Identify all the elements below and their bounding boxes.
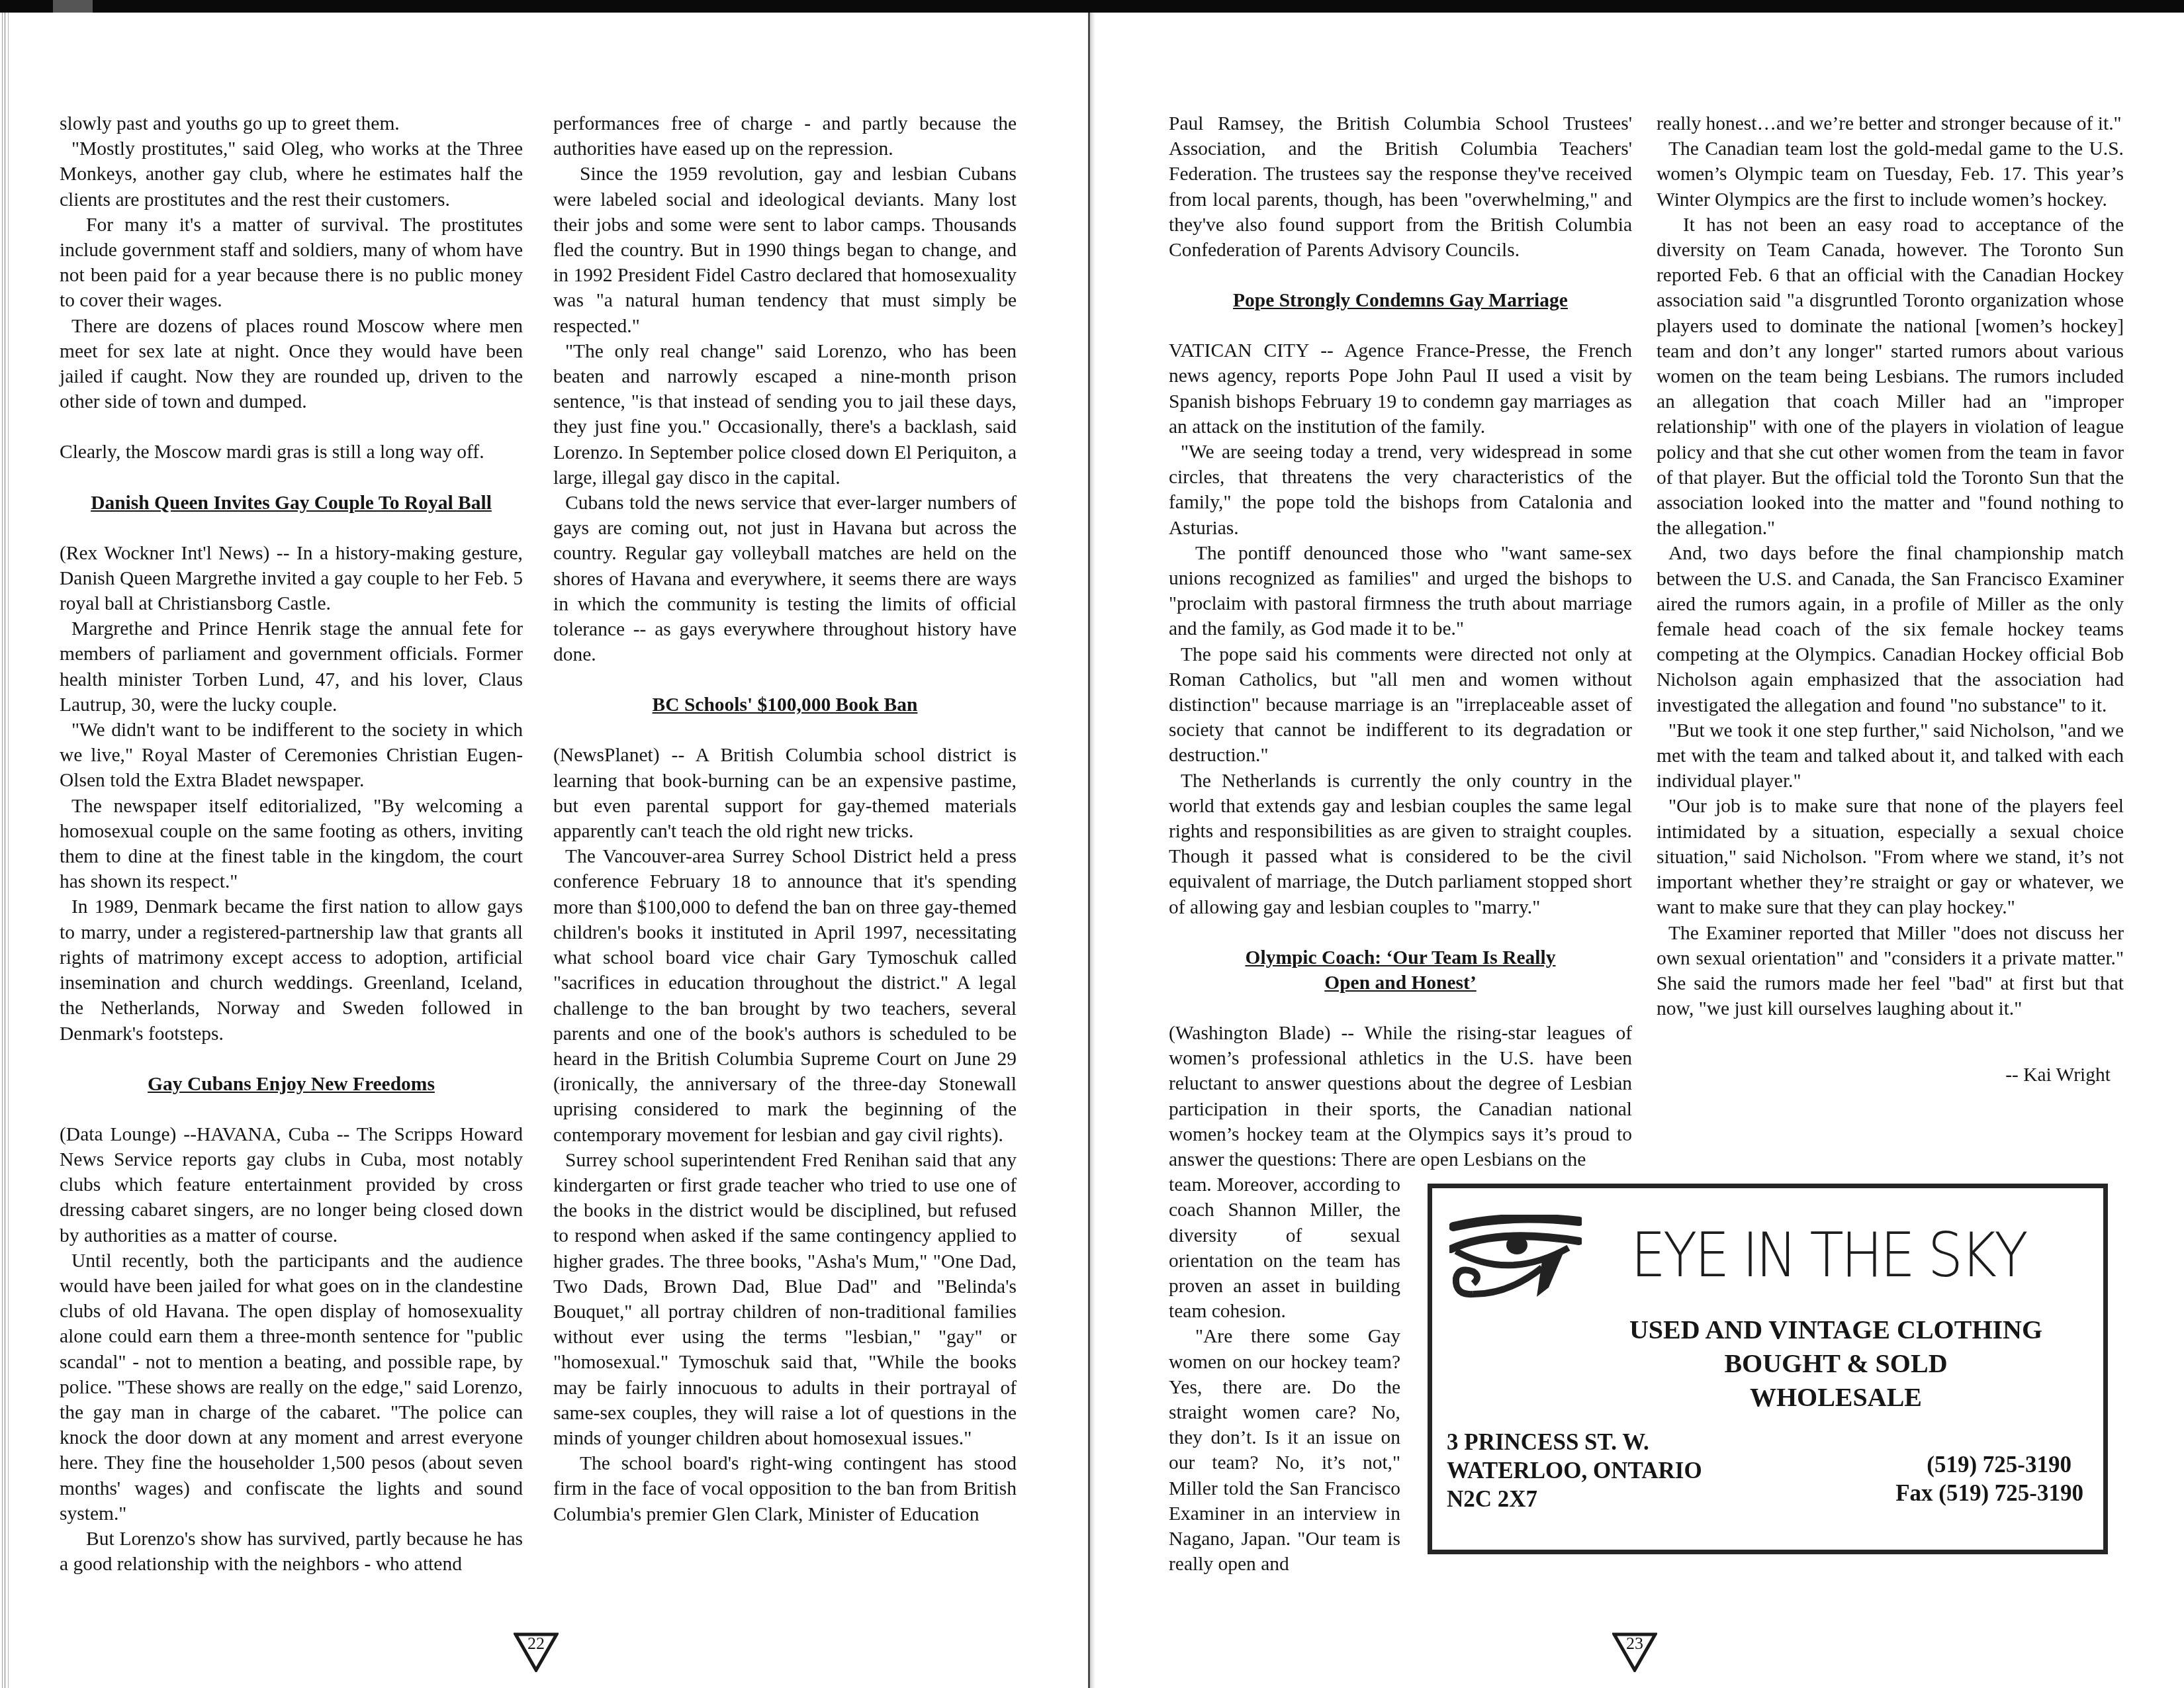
paragraph: The pope said his comments were directed… <box>1169 642 1632 769</box>
headline-gay-cubans: Gay Cubans Enjoy New Freedoms <box>60 1072 523 1097</box>
paragraph: "Mostly prostitutes," said Oleg, who wor… <box>60 136 523 212</box>
paragraph: The school board's right-wing contingent… <box>553 1451 1017 1527</box>
paragraph: (Rex Wockner Int'l News) -- In a history… <box>60 541 523 617</box>
paragraph: "We didn't want to be indifferent to the… <box>60 718 523 794</box>
paragraph: "We are seeing today a trend, very wides… <box>1169 440 1632 541</box>
address-line: WATERLOO, ONTARIO <box>1447 1456 1702 1485</box>
eye-of-horus-icon <box>1449 1215 1582 1302</box>
tagline-line: USED AND VINTAGE CLOTHING <box>1565 1313 2107 1346</box>
page-number: 23 <box>1612 1634 1657 1654</box>
advertisement-eye-in-the-sky: EYE IN THE SKY USED AND VINTAGE CLOTHING… <box>1428 1184 2108 1554</box>
paragraph: Margrethe and Prince Henrik stage the an… <box>60 616 523 718</box>
gutter-shadow <box>1090 13 1095 1688</box>
paragraph: The Examiner reported that Miller "does … <box>1657 921 2124 1022</box>
paragraph: The Vancouver-area Surrey School Distric… <box>553 844 1017 1147</box>
headline-bc-schools: BC Schools' $100,000 Book Ban <box>553 692 1017 718</box>
tagline-line: BOUGHT & SOLD <box>1565 1346 2107 1380</box>
headline-danish-queen: Danish Queen Invites Gay Couple To Royal… <box>60 491 523 516</box>
paragraph: The pontiff denounced those who "want sa… <box>1169 541 1632 642</box>
paragraph: Cubans told the news service that ever-l… <box>553 491 1017 667</box>
paragraph: Until recently, both the participants an… <box>60 1248 523 1526</box>
paragraph: "Our job is to make sure that none of th… <box>1657 794 2124 920</box>
address-line: 3 PRINCESS ST. W. <box>1447 1428 1702 1456</box>
paragraph: The Canadian team lost the gold-medal ga… <box>1657 136 2124 212</box>
paragraph: "Are there some Gay women on our hockey … <box>1169 1324 1400 1577</box>
paragraph: Paul Ramsey, the British Columbia School… <box>1169 111 1632 263</box>
paragraph: But Lorenzo's show has survived, partly … <box>60 1526 523 1577</box>
page-number: 22 <box>514 1634 559 1654</box>
paragraph: And, two days before the final champions… <box>1657 541 2124 718</box>
ad-title: EYE IN THE SKY <box>1631 1223 2025 1288</box>
left-page: slowly past and youths go up to greet th… <box>0 0 1088 1688</box>
paragraph: (Washington Blade) -- While the rising-s… <box>1169 1021 1632 1172</box>
left-page-column-2: performances free of charge - and partly… <box>553 111 1017 1527</box>
headline-pope: Pope Strongly Condemns Gay Marriage <box>1169 288 1632 313</box>
paragraph: Since the 1959 revolution, gay and lesbi… <box>553 162 1017 338</box>
headline-line-1: Olympic Coach: ‘Our Team Is Really <box>1169 945 1632 970</box>
page-number-badge: 22 <box>514 1632 559 1672</box>
ad-contact: (519) 725-3190 Fax (519) 725-3190 <box>1895 1450 2083 1507</box>
paragraph: The newspaper itself editorialized, "By … <box>60 794 523 895</box>
paragraph: The Netherlands is currently the only co… <box>1169 769 1632 920</box>
paragraph: There are dozens of places round Moscow … <box>60 314 523 415</box>
paragraph: It has not been an easy road to acceptan… <box>1657 212 2124 541</box>
headline-olympic-coach: Olympic Coach: ‘Our Team Is Really Open … <box>1169 945 1632 996</box>
paragraph: "But we took it one step further," said … <box>1657 718 2124 794</box>
paragraph: In 1989, Denmark became the first nation… <box>60 894 523 1046</box>
fax-number: Fax (519) 725-3190 <box>1895 1479 2083 1507</box>
paragraph: performances free of charge - and partly… <box>553 111 1017 162</box>
narrow-text-wrap: team. Moreover, according to coach Shann… <box>1169 1172 1400 1577</box>
ad-tagline: USED AND VINTAGE CLOTHING BOUGHT & SOLD … <box>1565 1313 2107 1414</box>
ad-address: 3 PRINCESS ST. W. WATERLOO, ONTARIO N2C … <box>1447 1428 1702 1513</box>
paragraph: Clearly, the Moscow mardi gras is still … <box>60 440 523 465</box>
paragraph: VATICAN CITY -- Agence France-Presse, th… <box>1169 338 1632 440</box>
paragraph: really honest…and we’re better and stron… <box>1657 111 2124 136</box>
paragraph: (NewsPlanet) -- A British Columbia schoo… <box>553 743 1017 844</box>
page-number-badge: 23 <box>1612 1632 1657 1672</box>
tagline-line: WHOLESALE <box>1565 1380 2107 1414</box>
byline: -- Kai Wright <box>1657 1062 2124 1088</box>
paragraph: team. Moreover, according to coach Shann… <box>1169 1172 1400 1324</box>
paragraph: (Data Lounge) --HAVANA, Cuba -- The Scri… <box>60 1122 523 1248</box>
left-page-column-1: slowly past and youths go up to greet th… <box>60 111 523 1577</box>
paragraph: For many it's a matter of survival. The … <box>60 212 523 314</box>
paragraph: Surrey school superintendent Fred Reniha… <box>553 1148 1017 1451</box>
paragraph: "The only real change" said Lorenzo, who… <box>553 339 1017 491</box>
right-page-column-2: really honest…and we’re better and stron… <box>1657 111 2124 1088</box>
headline-line-2: Open and Honest’ <box>1169 970 1632 996</box>
phone-number: (519) 725-3190 <box>1895 1450 2083 1479</box>
address-line: N2C 2X7 <box>1447 1485 1702 1513</box>
paragraph: slowly past and youths go up to greet th… <box>60 111 523 136</box>
